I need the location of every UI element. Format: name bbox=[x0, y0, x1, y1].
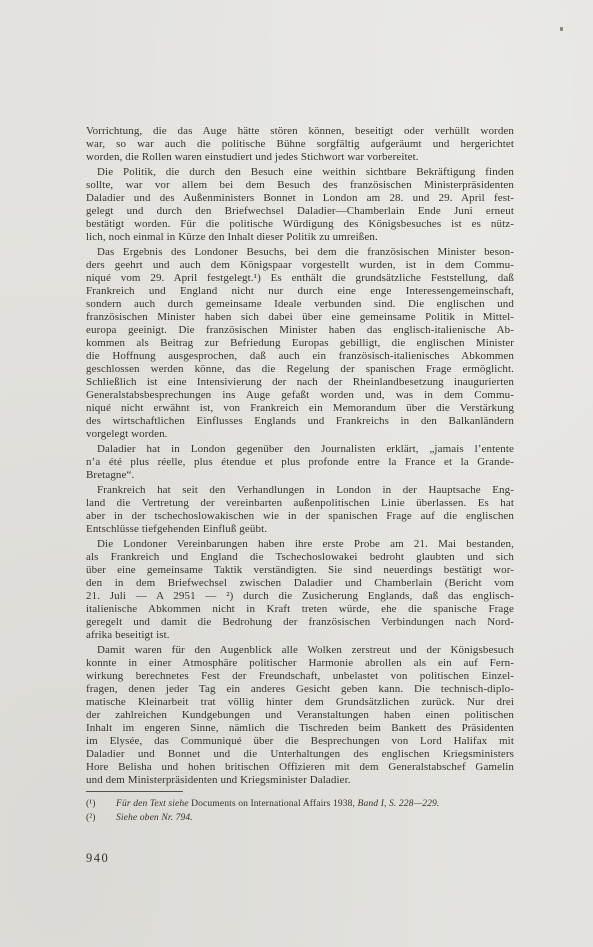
text-line: afrika beseitigt ist. bbox=[86, 629, 514, 642]
text-line: matische Kleinarbeit trat völlig hinter … bbox=[86, 696, 514, 709]
footnote-text: Für den Text siehe Documents on Internat… bbox=[116, 797, 516, 811]
text-line: vorgelegt worden. bbox=[86, 428, 514, 441]
text-line: als Frankreich und England die Tschechos… bbox=[86, 551, 514, 564]
text-line: kommen als Beitrag zur Befriedung Europa… bbox=[86, 337, 514, 350]
text-line: den in dem Briefwechsel zwischen Daladie… bbox=[86, 577, 514, 590]
text-line: wirkung berechnetes Fest der Freundschaf… bbox=[86, 670, 514, 683]
text-line: ders geehrt und auch dem Königspaar vorg… bbox=[86, 259, 514, 272]
text-line: bestätigt worden. Für die politische Wür… bbox=[86, 218, 514, 231]
paragraph: Daladier hat in London gegenüber den Jou… bbox=[86, 443, 514, 482]
text-line: französischen Minister haben sich dabei … bbox=[86, 311, 514, 324]
text-line: 21. Juli — A 2951 — ²) durch die Zusiche… bbox=[86, 590, 514, 603]
text-line: Damit waren für den Augenblick alle Wolk… bbox=[86, 644, 514, 657]
text-line: Bretagne“. bbox=[86, 469, 514, 482]
text-line: sollte, war vor allem bei dem Besuch des… bbox=[86, 179, 514, 192]
text-line: gelegt und durch den Briefwechsel Daladi… bbox=[86, 205, 514, 218]
paragraph: Damit waren für den Augenblick alle Wolk… bbox=[86, 644, 514, 787]
text-line: konnte in einer Atmosphäre politischer H… bbox=[86, 657, 514, 670]
text-line: über eine gemeinsame Taktik verständigte… bbox=[86, 564, 514, 577]
text-line: n’a été plus réelle, plus étendue et plu… bbox=[86, 456, 514, 469]
text-line: aber in der tschechoslowakischen wie in … bbox=[86, 510, 514, 523]
scanned-page: Vorrichtung, die das Auge hätte stören k… bbox=[0, 0, 593, 947]
text-line: niqué vom 29. April festgelegt.¹) Es ent… bbox=[86, 272, 514, 285]
text-line: war, so war auch die politische Bühne so… bbox=[86, 138, 514, 151]
text-line: Die Politik, die durch den Besuch eine w… bbox=[86, 166, 514, 179]
text-line: Das Ergebnis des Londoner Besuchs, bei d… bbox=[86, 246, 514, 259]
text-line: im Elysée, das Communiqué über die Bespr… bbox=[86, 735, 514, 748]
text-line: geregelt und damit die Bedrohung der fra… bbox=[86, 616, 514, 629]
footnote: (¹)Für den Text siehe Documents on Inter… bbox=[86, 797, 516, 811]
text-line: niqué nicht erwähnt ist, von Frankreich … bbox=[86, 402, 514, 415]
paragraph: Die Londoner Vereinbarungen haben ihre e… bbox=[86, 538, 514, 642]
text-line: Die Londoner Vereinbarungen haben ihre e… bbox=[86, 538, 514, 551]
text-line: Entschlüsse tiefgehenden Einfluß geübt. bbox=[86, 523, 514, 536]
paragraph: Die Politik, die durch den Besuch eine w… bbox=[86, 166, 514, 244]
text-line: Schließlich ist eine Intensivierung der … bbox=[86, 376, 514, 389]
text-line: Frankreich hat seit den Verhandlungen in… bbox=[86, 484, 514, 497]
text-line: sondern auch durch gemeinsame Ideale ver… bbox=[86, 298, 514, 311]
paragraph: Frankreich hat seit den Verhandlungen in… bbox=[86, 484, 514, 536]
text-line: Inhalt im engeren Sinne, nämlich die Tis… bbox=[86, 722, 514, 735]
text-line: lich, noch einmal in Kürze den Inhalt di… bbox=[86, 231, 514, 244]
text-line: Frankreich und England nicht nur durch e… bbox=[86, 285, 514, 298]
footnotes: (¹)Für den Text siehe Documents on Inter… bbox=[86, 797, 516, 824]
text-line: Daladier und des Außenministers Bonnet i… bbox=[86, 192, 514, 205]
scan-speck bbox=[560, 27, 563, 31]
footnote-text: Siehe oben Nr. 794. bbox=[116, 811, 516, 825]
text-line: europa geeinigt. Die französischen Minis… bbox=[86, 324, 514, 337]
text-line: Vorrichtung, die das Auge hätte stören k… bbox=[86, 125, 514, 138]
text-line: italienische Abkommen nicht in Kraft tre… bbox=[86, 603, 514, 616]
footnote-marker: (²) bbox=[86, 811, 116, 825]
text-line: Generalstabsbesprechungen ins Auge gefaß… bbox=[86, 389, 514, 402]
text-line: land die Vertretung der vereinbarten auß… bbox=[86, 497, 514, 510]
text-line: Hore Belisha und hohen britischen Offizi… bbox=[86, 761, 514, 774]
text-line: Daladier hat in London gegenüber den Jou… bbox=[86, 443, 514, 456]
text-line: Daladier und Bonnet und die Unterhaltung… bbox=[86, 748, 514, 761]
text-line: und dem Ministerpräsidenten und Kriegsmi… bbox=[86, 774, 514, 787]
text-line: die Hoffnung ausgesprochen, daß auch ein… bbox=[86, 350, 514, 363]
text-line: geschlossen werden könne, das die Regelu… bbox=[86, 363, 514, 376]
text-line: fragen, denen jeder Tag ein anderes Gesi… bbox=[86, 683, 514, 696]
footnote-marker: (¹) bbox=[86, 797, 116, 811]
paragraph: Das Ergebnis des Londoner Besuchs, bei d… bbox=[86, 246, 514, 441]
footnote: (²)Siehe oben Nr. 794. bbox=[86, 811, 516, 825]
paragraph: Vorrichtung, die das Auge hätte stören k… bbox=[86, 125, 514, 164]
text-line: der zahlreichen Kundgebungen und Veranst… bbox=[86, 709, 514, 722]
body-text: Vorrichtung, die das Auge hätte stören k… bbox=[86, 125, 514, 787]
footnote-separator bbox=[86, 791, 183, 792]
text-line: worden, die Rollen waren einstudiert und… bbox=[86, 151, 514, 164]
text-line: des wirtschaftlichen Einflusses Englands… bbox=[86, 415, 514, 428]
page-number: 940 bbox=[86, 851, 109, 866]
